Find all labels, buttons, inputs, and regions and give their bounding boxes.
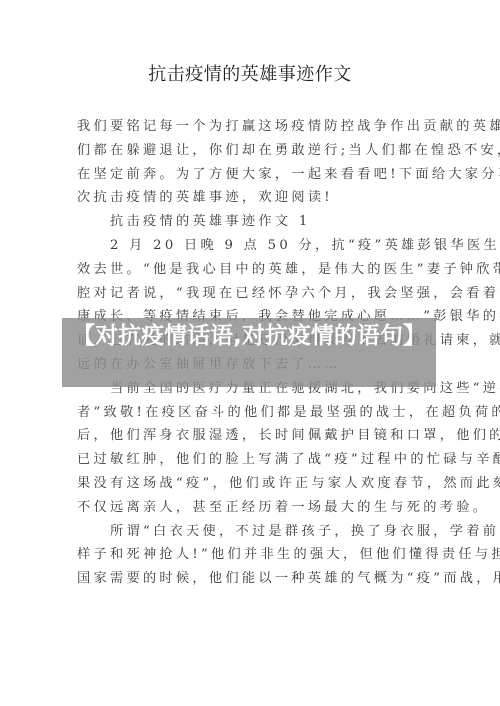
body-line: 2 月 20 日晚 9 点 50 分，抗“疫”英雄彭银华医生经抢救无 xyxy=(77,234,427,258)
section-heading: 抗击疫情的英雄事迹作文 1 xyxy=(77,210,427,234)
body-line: 腔对记者说，“我现在已经怀孕六个月，我会坚强，会看着宝宝健 xyxy=(77,282,427,306)
body-line: 者”致敬!在疫区奋斗的他们都是最坚强的战士，在超负荷的工作 xyxy=(77,401,427,425)
caption-text: 【对抗疫情话语,对抗疫情的语句】 xyxy=(62,322,436,351)
body-line: 果没有这场战“疫”，他们或许正与家人欢度春节，然而此刻的他们 xyxy=(77,472,427,496)
body-line: 已过敏红肿，他们的脸上写满了战“疫”过程中的忙碌与辛酸。如 xyxy=(77,448,427,472)
document-page: 抗击疫情的英雄事迹作文 我们要铭记每一个为打赢这场疫情防控战争作出贡献的英雄，当… xyxy=(0,0,500,706)
document-title: 抗击疫情的英雄事迹作文 xyxy=(0,63,500,87)
body-line: 所谓“白衣天使，不过是群孩子，换了身衣服，学着前辈的 xyxy=(77,520,427,544)
body-line: 样子和死神抢人!”他们并非生的强大，但他们懂得责任与担当，在 xyxy=(77,543,427,567)
body-line: 在坚定前奔。为了方便大家，一起来看看吧!下面给大家分享关于这 xyxy=(77,163,427,187)
body-line: 国家需要的时候，他们能以一种英雄的气概为“疫”而战，用汗水 xyxy=(77,567,427,591)
body-line: 我们要铭记每一个为打赢这场疫情防控战争作出贡献的英雄，当人 xyxy=(77,115,427,139)
body-line: 次抗击疫情的英雄事迹，欢迎阅读! xyxy=(77,186,427,210)
body-line: 们都在躲避退让，你们却在勇敢逆行;当人们都在惶恐不安，你们却 xyxy=(77,139,427,163)
body-line: 不仅远离亲人，甚至正经历着一场最大的生与死的考验。 xyxy=(77,496,427,520)
body-line: 效去世。“他是我心目中的英雄，是伟大的医生”妻子钟欣带着哭 xyxy=(77,258,427,282)
body-line: 后，他们浑身衣服湿透，长时间佩戴护目镜和口罩，他们的脸颊都 xyxy=(77,424,427,448)
caption-overlay: 【对抗疫情话语,对抗疫情的语句】 xyxy=(62,318,436,387)
